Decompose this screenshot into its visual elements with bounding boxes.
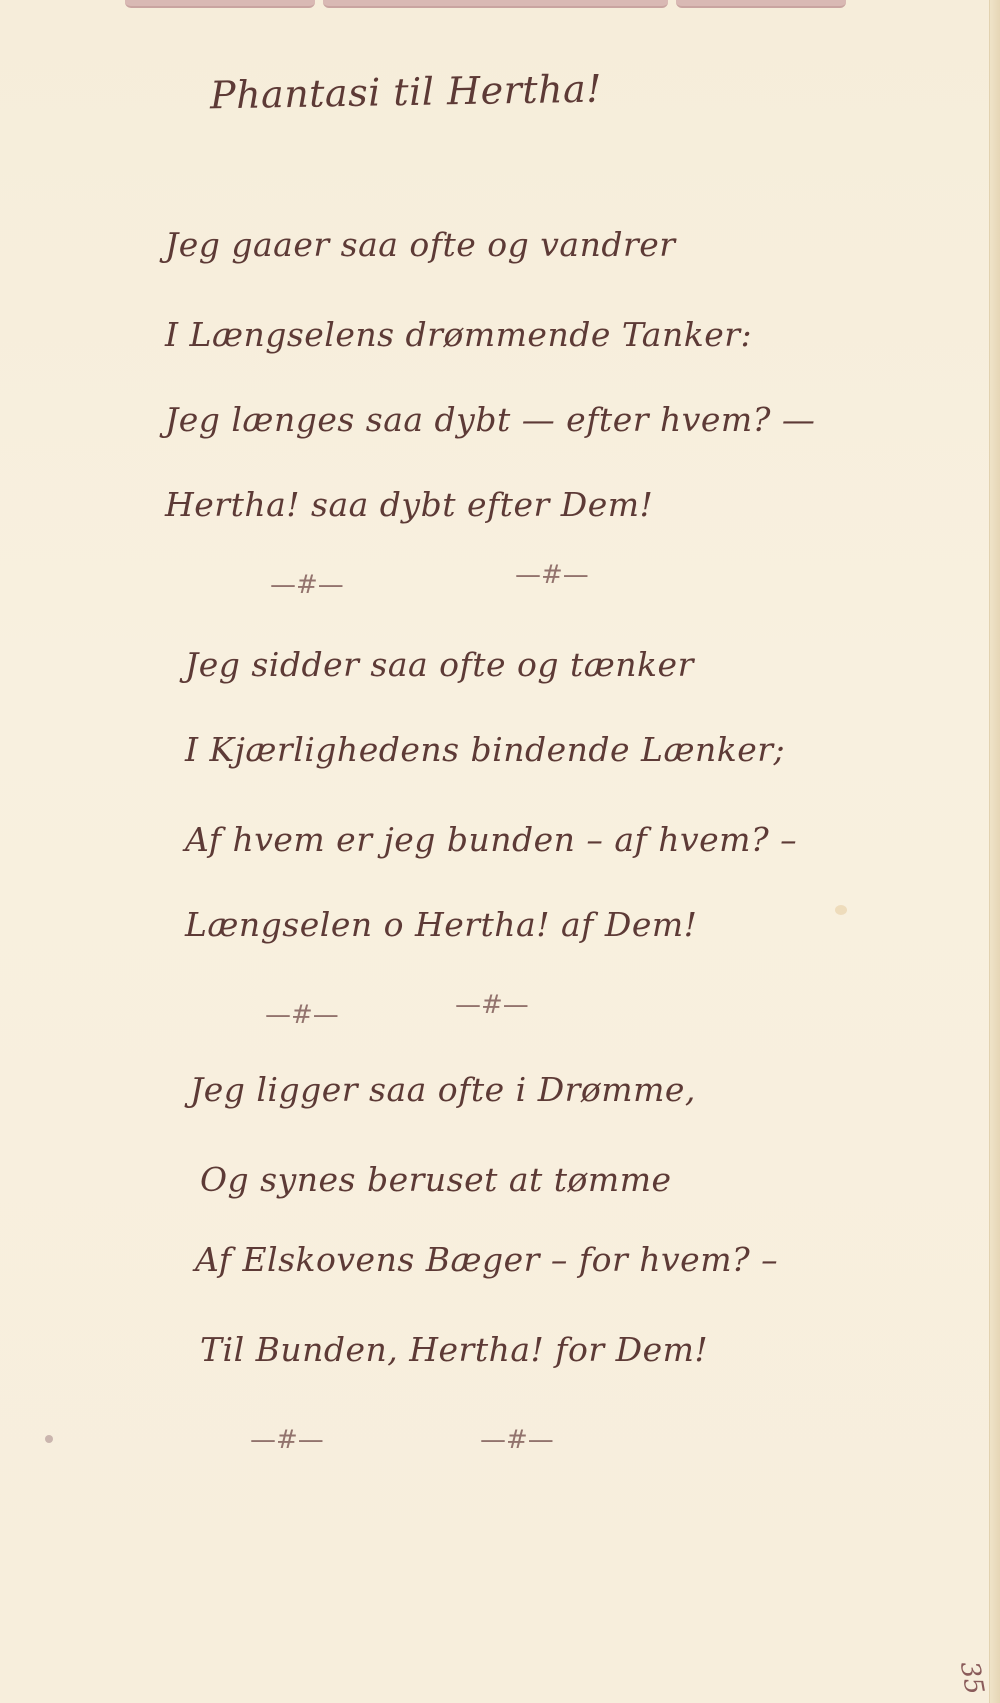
stanza-1-line-4: Hertha! saa dybt efter Dem! [165,485,653,524]
separator-mark: —#— [265,1000,339,1030]
stanza-2-line-3: Af hvem er jeg bunden – af hvem? – [185,820,797,859]
stanza-2-line-4: Længselen o Hertha! af Dem! [185,905,697,944]
page-number: 35 [954,1659,989,1697]
stanza-3-line-3: Af Elskovens Bæger – for hvem? – [195,1240,778,1279]
separator-mark: —#— [480,1425,554,1455]
stanza-1-line-2: I Længselens drømmende Tanker: [165,315,752,354]
ink-stain [835,905,847,915]
ink-dot [45,1435,53,1443]
stanza-2-line-1: Jeg sidder saa ofte og tænker [185,645,694,684]
binding-edge [125,0,880,10]
poem-title: Phantasi til Hertha! [210,67,603,118]
stanza-1-line-1: Jeg gaaer saa ofte og vandrer [165,225,676,264]
separator-mark: —#— [515,560,589,590]
separator-mark: —#— [270,570,344,600]
stanza-2-line-2: I Kjærlighedens bindende Lænker; [185,730,785,769]
stanza-1-line-3: Jeg længes saa dybt — efter hvem? — [165,400,815,439]
page-edge [989,0,1000,1703]
stanza-3-line-4: Til Bunden, Hertha! for Dem! [200,1330,708,1369]
stanza-3-line-1: Jeg ligger saa ofte i Drømme, [190,1070,696,1109]
separator-mark: —#— [250,1425,324,1455]
separator-mark: —#— [455,990,529,1020]
manuscript-page: Phantasi til Hertha! Jeg gaaer saa ofte … [0,0,1000,1703]
stanza-3-line-2: Og synes beruset at tømme [200,1160,672,1199]
